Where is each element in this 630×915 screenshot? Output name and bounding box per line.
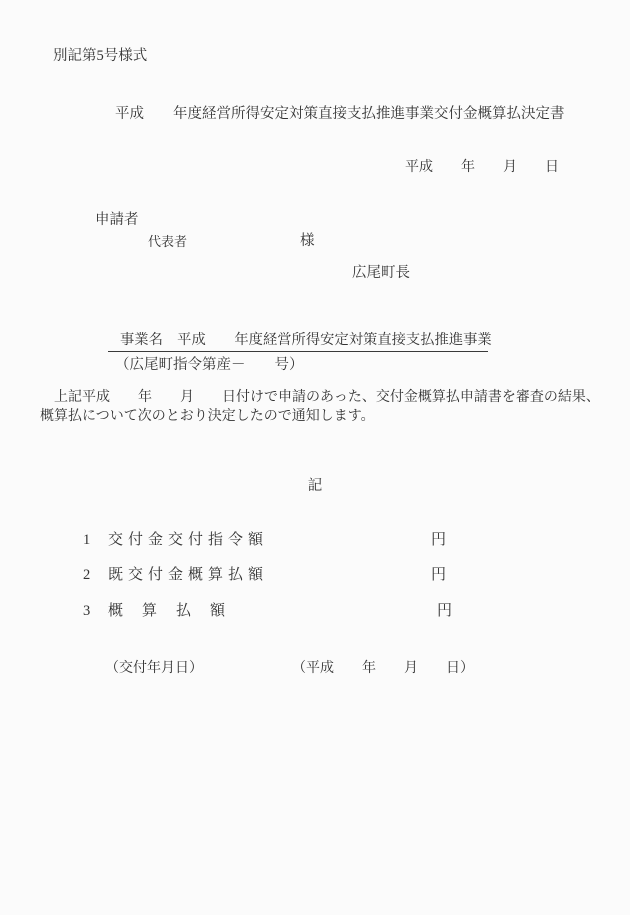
body-paragraph: 上記平成 年 月 日付けで申請のあった、交付金概算払申請書を審査の結果、 概算払… [40, 389, 618, 426]
item-row-grant-directive-amount: 1 交付金交付指令額 円 [0, 533, 630, 551]
item-unit-yen: 円 [431, 568, 446, 583]
grant-date-label: （交付年月日） [105, 662, 203, 676]
applicant-label: 申請者 [95, 213, 139, 228]
form-number: 別記第5号様式 [53, 49, 147, 64]
item-label: 交付金交付指令額 [108, 533, 268, 548]
issuer-mayor-name: 広尾町長 [352, 266, 410, 281]
item-number: 2 [83, 568, 90, 583]
grant-date-blank-line: （平成 年 月 日） [292, 662, 474, 676]
item-number: 3 [83, 604, 90, 619]
item-number: 1 [83, 533, 90, 548]
item-label: 既交付金概算払額 [108, 568, 268, 583]
item-unit-yen: 円 [437, 604, 452, 619]
document-page: 別記第5号様式 平成 年度経営所得安定対策直接支払推進事業交付金概算払決定書 平… [0, 0, 630, 915]
item-row-already-paid-amount: 2 既交付金概算払額 円 [0, 568, 630, 586]
representative-label: 代表者 [148, 235, 187, 248]
item-row-provisional-payment-amount: 3 概 算 払 額 円 [0, 604, 630, 622]
document-title: 平成 年度経営所得安定対策直接支払推進事業交付金概算払決定書 [115, 107, 565, 122]
project-name-underlined-line: 事業名 平成 年度経営所得安定対策直接支払推進事業 [108, 331, 488, 352]
item-unit-yen: 円 [431, 533, 446, 548]
directive-number-line: （広尾町指令第産－ 号） [115, 358, 304, 373]
ki-heading: 記 [0, 479, 630, 494]
honorific-sama: 様 [300, 234, 315, 249]
item-label: 概 算 払 額 [108, 604, 227, 619]
issue-date-line: 平成 年 月 日 [405, 161, 559, 175]
